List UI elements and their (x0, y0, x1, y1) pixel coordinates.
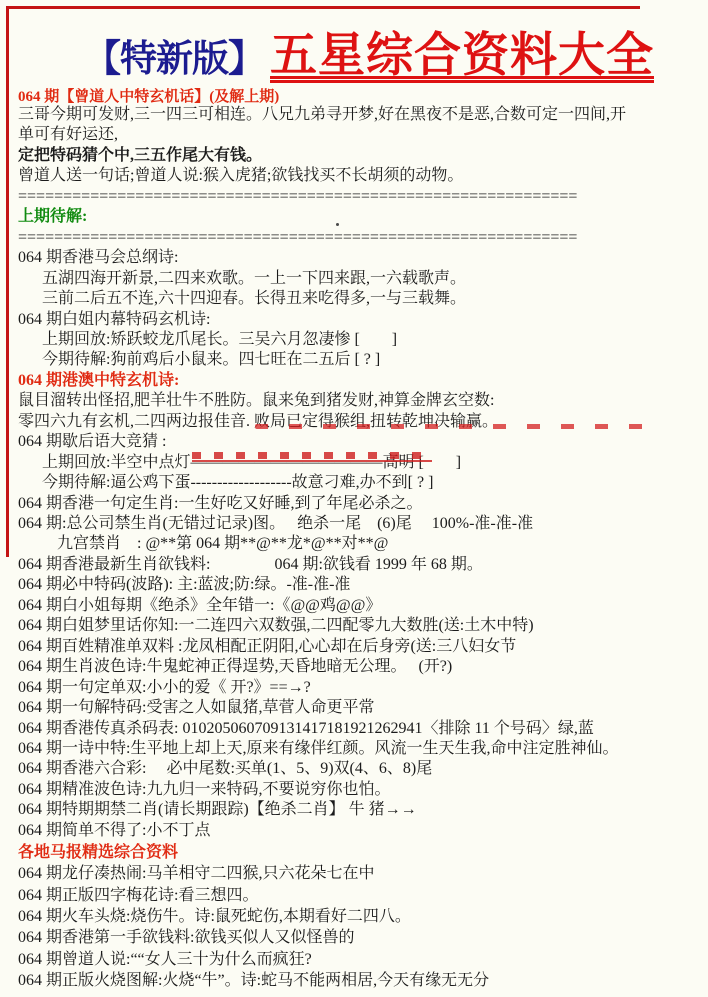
text-line: 064 期香港传真杀码表: 01020506070913141718192126… (18, 719, 594, 739)
text-line: 鼠目溜转出怪招,肥羊壮牛不胜防。鼠来兔到猪发财,神算金牌玄空数: (18, 391, 494, 411)
text-line: 064 期歇后语大竞猜 : (18, 432, 166, 452)
text-line: 064 期一句定单双:小小的爱《 开?》==→? (18, 678, 311, 698)
text-line: 064 期白姐内幕特码玄机诗: (18, 310, 210, 330)
masthead: 【特新版】 五星综合资料大全 (84, 18, 654, 85)
text-line: 定把特码猜个中,三五作尾大有钱。 (18, 146, 262, 166)
text-line: 064 期香港一句定生肖:一生好吃又好睡,到了年尾必杀之。 (18, 494, 422, 514)
text-line: 今期待解:逼公鸡下蛋-------------------故意刁难,办不到[ ?… (42, 473, 433, 493)
text-line: 064 期:总公司禁生肖(无错过记录)图。 绝杀一尾 (6)尾 100%-准-准… (18, 514, 533, 534)
section-heading: 各地马报精选综合资料 (18, 843, 178, 863)
lottery-info-sheet: 【特新版】 五星综合资料大全 064 期【曾道人中特玄机话】(及解上期)三哥今期… (0, 0, 708, 997)
text-line: 064 期精准波色诗:九九归一来特码,不要说穷你也怕。 (18, 780, 390, 800)
text-line: 064 期一句解特码:受害之人如鼠猪,草菅人命更平常 (18, 698, 374, 718)
text-line: 064 期白小姐每期《绝杀》全年错一:《@@鸡@@》 (18, 596, 381, 616)
text-line: 064 期必中特码(波路): 主:蓝波;防:绿。-准-准-准 (18, 575, 350, 595)
text-line: 064 期火车头烧:烧伤牛。诗:鼠死蛇伤,本期看好二四八。 (18, 907, 411, 927)
top-border-rule (6, 6, 640, 9)
text-line: ========================================… (18, 228, 577, 248)
text-line: 九宫禁肖 : @**第 064 期**@**龙*@**对**@ (57, 534, 388, 554)
text-line: 064 期百姓精准单双料 :龙凤相配正阴阳,心心却在后身旁(送:三八妇女节 (18, 637, 516, 657)
text-line: 三前二后五不连,六十四迎春。长得丑来吃得多,一与三载舞。 (42, 289, 466, 309)
text-line: 单可有好运还, (18, 125, 118, 145)
section-heading: 上期待解: (18, 207, 87, 227)
text-line: 064 期香港马会总纲诗: (18, 248, 178, 268)
text-line: 今期待解:狗前鸡后小鼠来。四七旺在二五后 [ ? ] (42, 350, 380, 370)
text-line: 064 期简单不得了:小不丁点 (18, 821, 210, 841)
text-line: 五湖四海开新景,二四来欢歌。一上一下四来跟,一六载歌声。 (42, 269, 466, 289)
section-heading: 064 期【曾道人中特玄机话】(及解上期) (18, 87, 279, 107)
section-heading: 064 期港澳中特玄机诗: (18, 371, 179, 391)
text-line: 064 期曾道人说:““女人三十为什么而疯狂? (18, 950, 312, 970)
text-line: 064 期香港六合彩: 必中尾数:买单(1、5、9)双(4、6、8)尾 (18, 759, 432, 779)
left-border-rule (6, 6, 9, 557)
text-line: 064 期龙仔凑热闹:马羊相守二四猴,只六花朵七在中 (18, 864, 374, 884)
text-line: 064 期正版四字梅花诗:看三想四。 (18, 886, 258, 906)
text-line: 三哥今期可发财,三一四三可相连。八兄九弟寻开梦,好在黑夜不是恶,合数可定一四间,… (18, 105, 626, 125)
text-line: 064 期一诗中特:生平地上却上天,原来有缘伴红颜。风流一生天生我,命中注定胜神… (18, 739, 618, 759)
content-lines: 064 期【曾道人中特玄机话】(及解上期)三哥今期可发财,三一四三可相连。八兄九… (18, 87, 708, 997)
page-title: 五星综合资料大全 (270, 18, 654, 85)
text-line: 曾道人送一句话;曾道人说:猴入虎猪;欲钱找买不长胡须的动物。 (18, 166, 463, 186)
text-line: 064 期正版火烧图解:火烧“牛”。诗:蛇马不能两相居,今天有缘无无分 (18, 971, 489, 991)
edition-label: 【特新版】 (84, 28, 264, 82)
text-line: 064 期白姐梦里话你知:一二连四六双数强,二四配零九大数胜(送:土木中特) (18, 616, 534, 636)
red-scribble-annotation (255, 424, 645, 429)
text-line: 上期回放:矫跃蛟龙爪尾长。三吴六月忽凄惨 [ ] (42, 330, 397, 350)
text-line: ========================================… (18, 187, 577, 207)
text-line: 064 期生肖波色诗:牛鬼蛇神正得逞势,天昏地暗无公理。 (开?) (18, 657, 452, 677)
text-line: 064 期香港第一手欲钱料:欲钱买似人又似怪兽的 (18, 928, 354, 948)
stray-dot-mark (336, 223, 339, 226)
red-scribble-annotation (192, 452, 432, 464)
text-line: 064 期香港最新生肖欲钱料: 064 期:欲钱看 1999 年 68 期。 (18, 555, 483, 575)
text-line: 064 期特期期禁二肖(请长期跟踪)【绝杀二肖】 牛 猪→→ (18, 800, 417, 820)
